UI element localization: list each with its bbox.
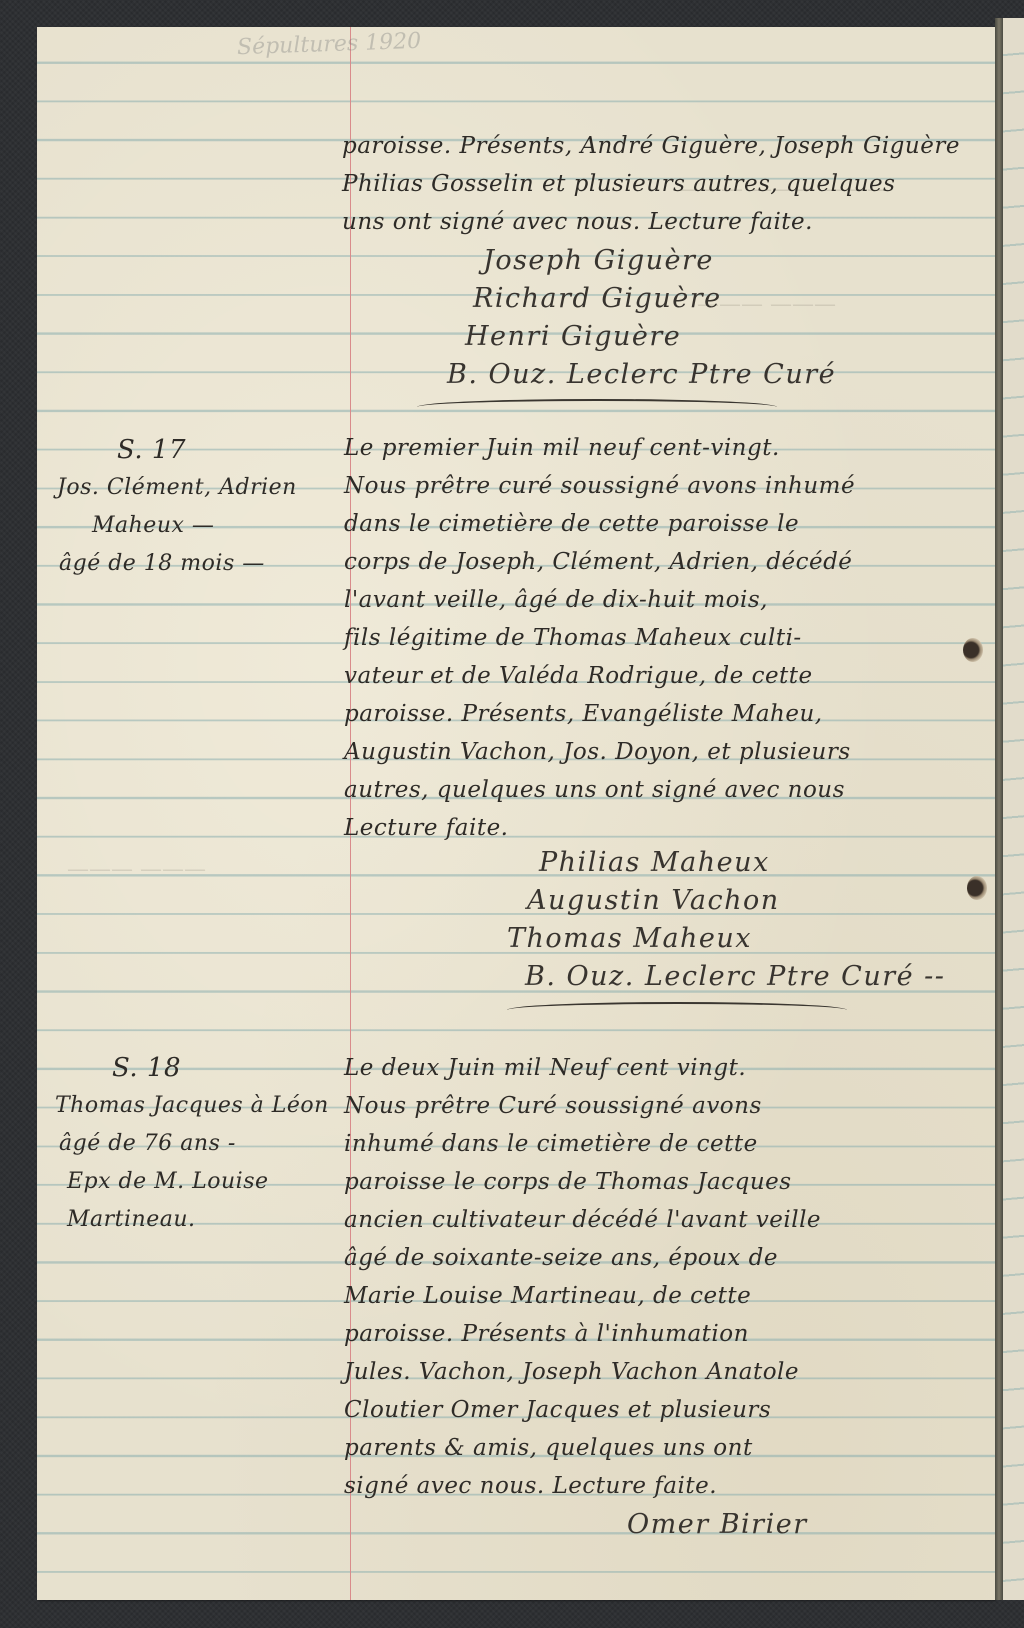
entry-body-line: Le deux Juin mil Neuf cent vingt.: [344, 1057, 746, 1080]
entry-body-line: Lecture faite.: [344, 817, 509, 840]
signature: Joseph Giguère: [483, 247, 714, 274]
entry-body-line: paroisse le corps de Thomas Jacques: [344, 1171, 792, 1194]
entry-body-line: parents & amis, quelques uns ont: [344, 1437, 753, 1460]
entry-body-line: Nous prêtre Curé soussigné avons: [344, 1095, 762, 1118]
entry-number: S. 17: [117, 437, 186, 463]
entry-body-line: l'avant veille, âgé de dix-huit mois,: [344, 589, 768, 612]
margin-note-line: Epx de M. Louise: [67, 1171, 269, 1193]
signature: Philias Maheux: [539, 849, 770, 876]
entry-body-line: Nous prêtre curé soussigné avons inhumé: [344, 475, 855, 498]
entry-body-line: Augustin Vachon, Jos. Doyon, et plusieur…: [344, 741, 851, 764]
entry-number: S. 18: [112, 1055, 181, 1081]
continuation-line: Philias Gosselin et plusieurs autres, qu…: [342, 173, 895, 196]
signature-flourish: [507, 1002, 847, 1018]
margin-note-line: Thomas Jacques à Léon: [55, 1095, 329, 1117]
signature: Omer Birier: [627, 1511, 808, 1538]
continuation-line: uns ont signé avec nous. Lecture faite.: [342, 211, 813, 234]
entry-body-line: Jules. Vachon, Joseph Vachon Anatole: [344, 1361, 799, 1384]
signature: Henri Giguère: [465, 323, 681, 350]
margin-note-line: Maheux —: [92, 515, 214, 537]
binder-hole: [963, 638, 983, 662]
entry-body-line: vateur et de Valéda Rodrigue, de cette: [344, 665, 813, 688]
entry-body-line: paroisse. Présents à l'inhumation: [344, 1323, 749, 1346]
priest-signature: B. Ouz. Leclerc Ptre Curé: [447, 361, 836, 388]
entry-body-line: fils légitime de Thomas Maheux culti-: [344, 627, 802, 650]
page-gutter: [995, 18, 1003, 1600]
entry-body-line: dans le cimetière de cette paroisse le: [344, 513, 799, 536]
entry-body-line: Marie Louise Martineau, de cette: [344, 1285, 751, 1308]
entry-body-line: Cloutier Omer Jacques et plusieurs: [344, 1399, 771, 1422]
signature: Thomas Maheux: [507, 925, 752, 952]
margin-note-line: âgé de 76 ans -: [59, 1133, 236, 1155]
margin-note-line: âgé de 18 mois —: [59, 553, 265, 575]
entry-body-line: autres, quelques uns ont signé avec nous: [344, 779, 845, 802]
entry-body-line: Le premier Juin mil neuf cent-vingt.: [344, 437, 780, 460]
register-page: Sépultures 1920 ——— ——— ——— ——— ——— ——— …: [37, 27, 995, 1600]
entry-body-line: ancien cultivateur décédé l'avant veille: [344, 1209, 821, 1232]
adjacent-page-edge: [1003, 18, 1024, 1600]
bleedthrough-text: ——— ———: [67, 857, 206, 882]
signature-flourish: [417, 399, 777, 415]
signature: Richard Giguère: [473, 285, 722, 312]
signature: Augustin Vachon: [527, 887, 780, 914]
entry-body-line: âgé de soixante-seize ans, époux de: [344, 1247, 778, 1270]
entry-body-line: corps de Joseph, Clément, Adrien, décédé: [344, 551, 852, 574]
continuation-line: paroisse. Présents, André Giguère, Josep…: [342, 135, 960, 158]
margin-note-line: Jos. Clément, Adrien: [57, 477, 297, 499]
entry-body-line: signé avec nous. Lecture faite.: [344, 1475, 717, 1498]
entry-body-line: paroisse. Présents, Evangéliste Maheu,: [344, 703, 823, 726]
margin-note-line: Martineau.: [67, 1209, 196, 1231]
binder-hole: [967, 876, 987, 900]
priest-signature: B. Ouz. Leclerc Ptre Curé --: [525, 963, 945, 990]
entry-body-line: inhumé dans le cimetière de cette: [344, 1133, 758, 1156]
